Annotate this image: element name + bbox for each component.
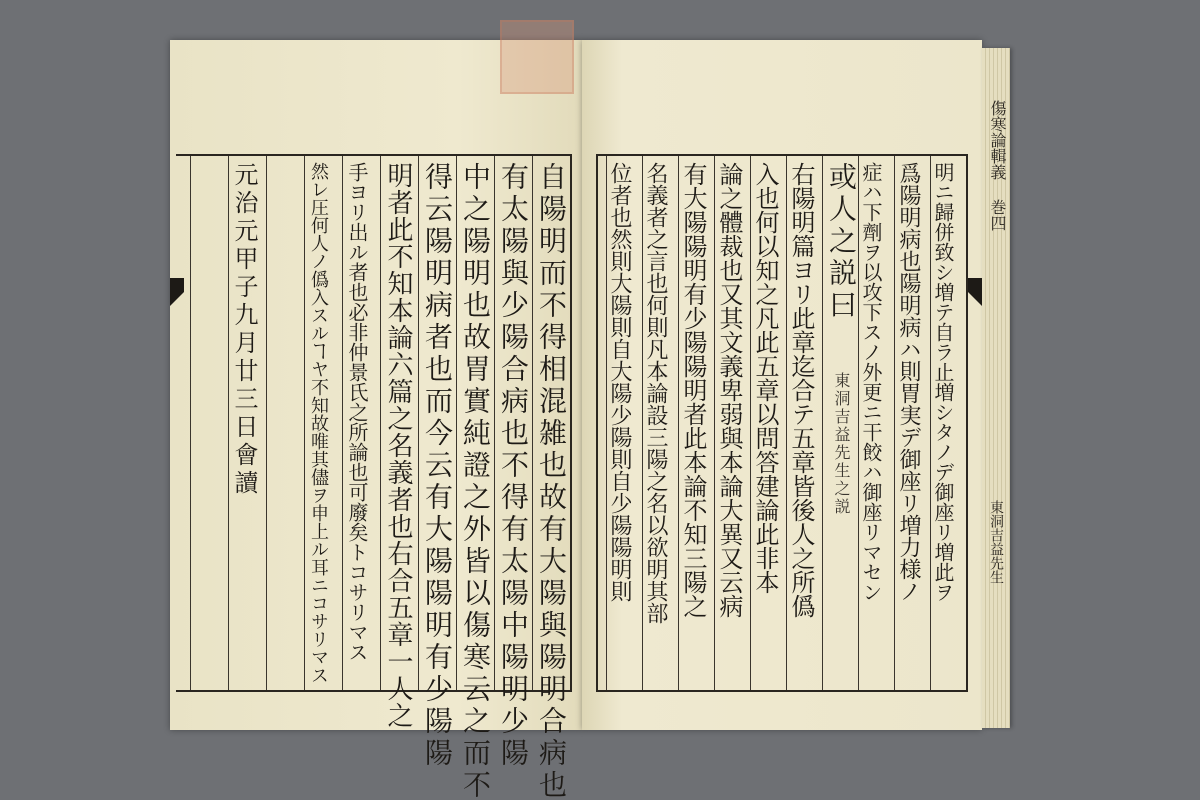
left-text-frame: 自陽明而不得相混雑也故有大陽與陽明合病也 有太陽與少陽合病也不得有太陽中陽明少陽… xyxy=(176,154,572,692)
right-text-frame: 明ニ歸併致シ増テ自ラ止増シタノデ御座リ増此ヲ 爲陽明病也陽明病ハ則胃実デ御座リ増… xyxy=(596,154,968,692)
column-text: 入也何以知之凡此五章以問答建論此非本 xyxy=(751,156,779,594)
column-subnote: 東洞吉益先生之説 xyxy=(831,366,851,516)
text-column: 入也何以知之凡此五章以問答建論此非本 xyxy=(750,156,786,690)
library-seal xyxy=(500,20,574,94)
column-text: 自陽明而不得相混雑也故有大陽與陽明合病也 xyxy=(533,156,569,800)
column-text: 爲陽明病也陽明病ハ則胃実デ御座リ増力様ノ xyxy=(895,156,921,602)
text-column: 或人之説曰 東洞吉益先生之説 xyxy=(822,156,858,690)
text-column: 手ヨリ出ル者也必非仲景氏之所論也可廢矣トコサリマス xyxy=(342,156,380,690)
column-text: 中之陽明也故胃實純證之外皆以傷寒云之而不 xyxy=(457,156,493,800)
column-text: 位者也然則大陽則自大陽少陽則自少陽陽明則 xyxy=(607,156,632,602)
column-text: 有太陽與少陽合病也不得有太陽中陽明少陽 xyxy=(495,156,531,770)
text-column: 中之陽明也故胃實純證之外皆以傷寒云之而不 xyxy=(456,156,494,690)
text-column: 自陽明而不得相混雑也故有大陽與陽明合病也 xyxy=(532,156,570,690)
colophon-date: 元治元甲子九月廿三日會讀 xyxy=(229,156,259,498)
fish-tail-mark-left xyxy=(170,278,184,306)
column-text: 名義者之言也何則凡本論設三陽之名以欲明其部 xyxy=(643,156,667,624)
column-text: 右陽明篇ヨリ此章迄合テ五章皆後人之所僞 xyxy=(787,156,815,618)
text-column: 明者此不知本論六篇之名義者也右合五章一人之 xyxy=(380,156,418,690)
text-column: 明ニ歸併致シ増テ自ラ止増シタノデ御座リ増此ヲ xyxy=(930,156,966,690)
text-column xyxy=(266,156,304,690)
column-text: 手ヨリ出ル者也必非仲景氏之所論也可廢矣トコサリマス xyxy=(343,156,371,662)
text-column: 論之體裁也又其文義卑弱與本論大異又云病 xyxy=(714,156,750,690)
column-text: 明者此不知本論六篇之名義者也右合五章一人之 xyxy=(381,156,415,729)
fish-tail-mark-right xyxy=(968,278,982,306)
date-column: 元治元甲子九月廿三日會讀 xyxy=(228,156,266,690)
text-column: 右陽明篇ヨリ此章迄合テ五章皆後人之所僞 xyxy=(786,156,822,690)
open-book: 自陽明而不得相混雑也故有大陽與陽明合病也 有太陽與少陽合病也不得有太陽中陽明少陽… xyxy=(170,40,1015,730)
column-text: 明ニ歸併致シ増テ自ラ止増シタノデ御座リ増此ヲ xyxy=(931,156,955,602)
spine-bottom-label: 東洞吉益先生 xyxy=(986,500,1006,584)
spine-title: 傷寒論輯義 巻四 xyxy=(986,100,1009,231)
text-column: 爲陽明病也陽明病ハ則胃実デ御座リ増力様ノ xyxy=(894,156,930,690)
column-text: 論之體裁也又其文義卑弱與本論大異又云病 xyxy=(715,156,743,618)
text-column: 有太陽與少陽合病也不得有太陽中陽明少陽 xyxy=(494,156,532,690)
text-column: 名義者之言也何則凡本論設三陽之名以欲明其部 xyxy=(642,156,678,690)
column-text: 得云陽明病者也而今云有大陽陽明有少陽陽 xyxy=(419,156,455,770)
text-column: 然レ圧何人ノ僞入スルヿヤ不知故唯其儘ヲ申上ル耳ニコサリマス xyxy=(304,156,342,690)
column-text: 症ハ下劑ヲ以攻下スノ外更ニ干餃ハ御座リマセン xyxy=(859,156,883,602)
left-page: 自陽明而不得相混雑也故有大陽與陽明合病也 有太陽與少陽合病也不得有太陽中陽明少陽… xyxy=(170,40,582,730)
column-heading: 或人之説曰 xyxy=(823,156,859,322)
column-text: 然レ圧何人ノ僞入スルヿヤ不知故唯其儘ヲ申上ル耳ニコサリマス xyxy=(305,156,331,684)
text-column: 得云陽明病者也而今云有大陽陽明有少陽陽 xyxy=(418,156,456,690)
text-column: 症ハ下劑ヲ以攻下スノ外更ニ干餃ハ御座リマセン xyxy=(858,156,894,690)
text-column: 有大陽陽明有少陽陽明者此本論不知三陽之 xyxy=(678,156,714,690)
text-column: 位者也然則大陽則自大陽少陽則自少陽陽明則 xyxy=(606,156,642,690)
column-text: 有大陽陽明有少陽陽明者此本論不知三陽之 xyxy=(679,156,707,618)
text-column xyxy=(190,156,228,690)
right-page: 明ニ歸併致シ増テ自ラ止増シタノデ御座リ増此ヲ 爲陽明病也陽明病ハ則胃実デ御座リ増… xyxy=(582,40,982,730)
